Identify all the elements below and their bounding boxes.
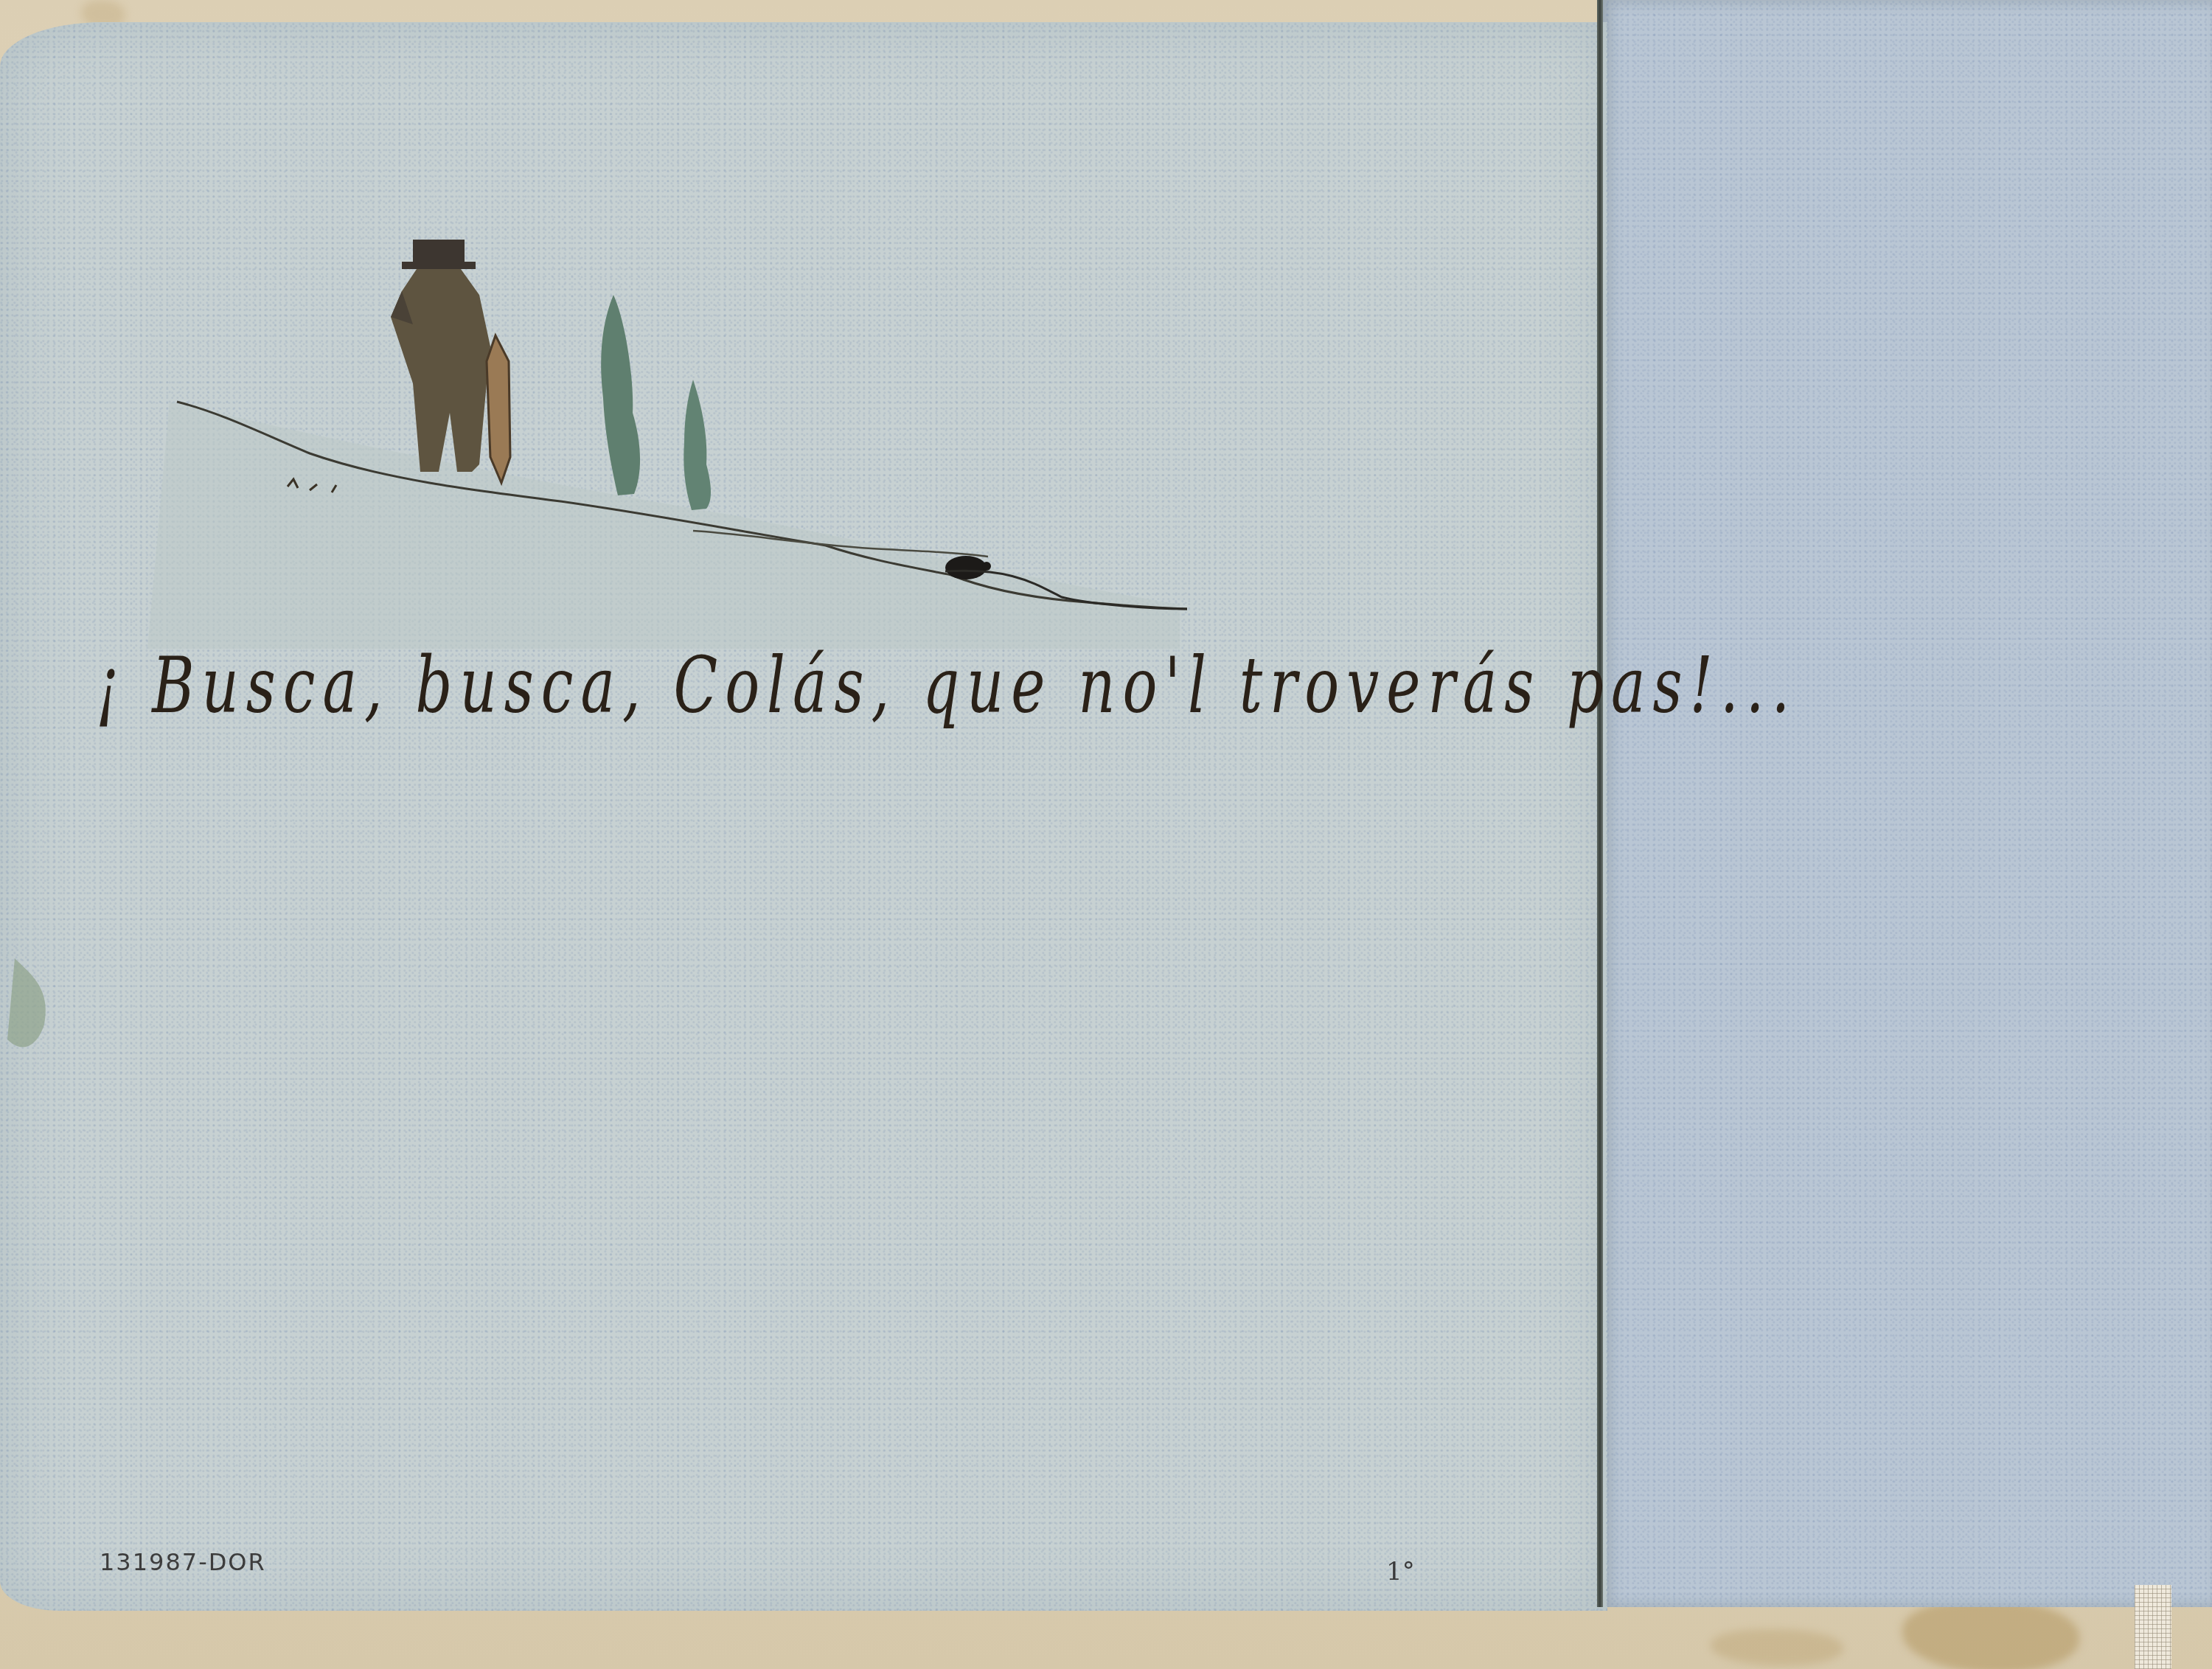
handwritten-inscription: ¡ Busca, busca, Colás, que no'l troverás… xyxy=(96,641,1797,731)
catalog-number: 131987-DOR xyxy=(100,1548,266,1576)
umbrella-icon xyxy=(487,335,510,483)
man-figure-icon xyxy=(391,240,490,472)
cypress-tree-icon xyxy=(601,295,640,495)
green-stain xyxy=(7,958,46,1047)
watercolor-sketch xyxy=(0,0,2212,1669)
hill-wash xyxy=(147,402,1180,649)
page-number: 1° xyxy=(1386,1557,1415,1586)
cypress-tree-icon xyxy=(684,380,711,510)
